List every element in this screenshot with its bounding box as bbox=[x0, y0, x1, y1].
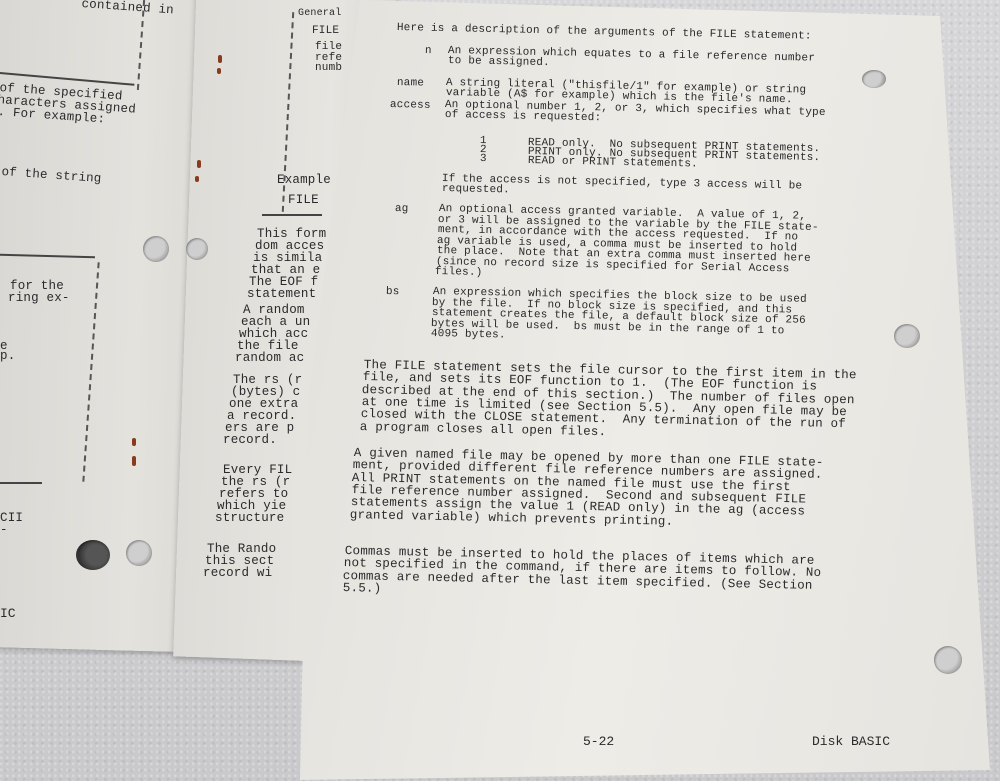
argument-description-line: of access is requested: bbox=[445, 110, 602, 123]
punch-hole bbox=[143, 236, 169, 262]
argument-description-line: to be assigned. bbox=[448, 56, 550, 68]
middle-paragraph-line: statement bbox=[247, 288, 316, 300]
punch-hole bbox=[862, 70, 886, 88]
argument-name: access bbox=[390, 100, 431, 111]
middle-paragraph-line: random ac bbox=[235, 352, 304, 364]
argument-name: name bbox=[397, 78, 424, 89]
punch-hole bbox=[186, 238, 208, 260]
middle-example-code: FILE bbox=[288, 194, 319, 206]
rust-stain bbox=[218, 55, 222, 63]
left-box2-bottom-rule bbox=[0, 482, 42, 484]
punch-hole bbox=[126, 540, 152, 566]
paragraph-line: 5.5.) bbox=[342, 582, 381, 595]
argument-description-line: files.) bbox=[435, 267, 483, 278]
argument-description-line: 4095 bytes. bbox=[430, 329, 505, 341]
footer-title: Disk BASIC bbox=[812, 734, 890, 749]
argument-name: n bbox=[425, 46, 432, 56]
punch-hole bbox=[934, 646, 962, 674]
access-description: READ or PRINT statements. bbox=[528, 156, 698, 170]
rust-stain bbox=[197, 160, 201, 168]
argument-name: ag bbox=[395, 204, 409, 214]
middle-paragraph-line: record. bbox=[223, 434, 277, 446]
page-number: 5-22 bbox=[583, 734, 614, 749]
rust-stain bbox=[195, 176, 199, 182]
rust-stain bbox=[132, 438, 136, 446]
middle-paragraph-line: record wi bbox=[203, 567, 272, 579]
access-note-line: requested. bbox=[442, 184, 510, 195]
argument-name: bs bbox=[386, 287, 400, 297]
middle-box-line-4: numb bbox=[315, 62, 342, 74]
left-box2-line-4: p. bbox=[0, 350, 15, 362]
left-page-text-c1: - bbox=[0, 524, 8, 536]
punch-hole bbox=[76, 540, 110, 570]
punch-hole bbox=[894, 324, 920, 348]
access-code: 3 bbox=[480, 154, 487, 164]
middle-example-label: Example bbox=[277, 174, 331, 186]
left-box2-line-1: ring ex- bbox=[8, 292, 70, 304]
middle-box-header: General bbox=[298, 8, 341, 20]
left-page-footer: IC bbox=[0, 606, 16, 621]
rust-stain bbox=[132, 456, 136, 466]
middle-box-line-0: FILE bbox=[312, 25, 339, 37]
middle-paragraph-line: structure bbox=[215, 512, 284, 524]
middle-box-bottom-rule bbox=[262, 214, 322, 216]
rust-stain bbox=[217, 68, 221, 74]
